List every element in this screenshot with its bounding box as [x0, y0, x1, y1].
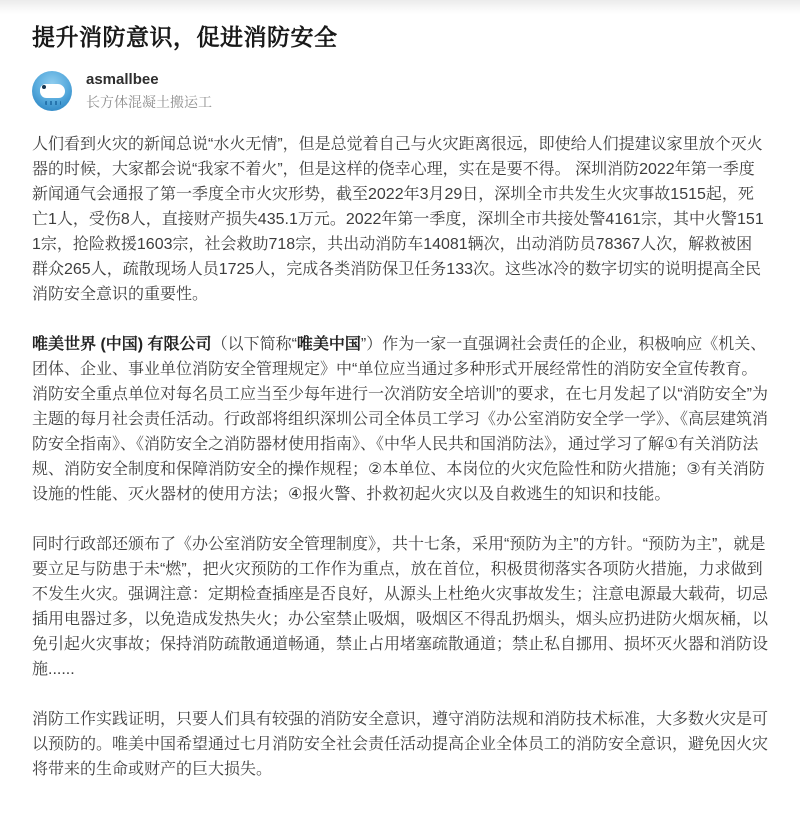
author-meta: asmallbee 长方体混凝土搬运工: [86, 70, 212, 112]
paragraph-bold-segment: 唯美世界 (中国) 有限公司: [32, 336, 212, 353]
author-avatar[interactable]: [32, 71, 72, 111]
top-fade-divider: [0, 0, 800, 14]
paragraph: 人们看到火灾的新闻总说“水火无情”，但是总觉着自己与火灾距离很远，即使给人们提建…: [32, 132, 768, 307]
paragraph-segment: 消防工作实践证明，只要人们具有较强的消防安全意识，遵守消防法规和消防技术标准，大…: [32, 711, 768, 778]
page-title: 提升消防意识，促进消防安全: [32, 22, 768, 52]
article-page: 提升消防意识，促进消防安全 asmallbee 长方体混凝土搬运工 人们看到火灾…: [0, 0, 800, 817]
paragraph-segment: ”）作为一家一直强调社会责任的企业，积极响应《机关、团体、企业、事业单位消防安全…: [32, 336, 768, 503]
avatar-eye-dot: [42, 85, 46, 89]
author-name-link[interactable]: asmallbee: [86, 70, 212, 90]
article-content: 提升消防意识，促进消防安全 asmallbee 长方体混凝土搬运工 人们看到火灾…: [0, 22, 800, 817]
article-body: 人们看到火灾的新闻总说“水火无情”，但是总觉着自己与火灾距离很远，即使给人们提建…: [32, 132, 768, 817]
avatar-bottom-marks: [45, 101, 61, 105]
author-bio: 长方体混凝土搬运工: [86, 92, 212, 112]
paragraph-segment: 人们看到火灾的新闻总说“水火无情”，但是总觉着自己与火灾距离很远，即使给人们提建…: [32, 136, 764, 303]
paragraph: 同时行政部还颁布了《办公室消防安全管理制度》，共十七条，采用“预防为主”的方针。…: [32, 532, 768, 682]
author-card: asmallbee 长方体混凝土搬运工: [32, 70, 768, 112]
paragraph-segment: 同时行政部还颁布了《办公室消防安全管理制度》，共十七条，采用“预防为主”的方针。…: [32, 536, 768, 678]
paragraph: 消防工作实践证明，只要人们具有较强的消防安全意识，遵守消防法规和消防技术标准，大…: [32, 707, 768, 782]
paragraph: 唯美世界 (中国) 有限公司（以下简称“唯美中国”）作为一家一直强调社会责任的企…: [32, 332, 768, 507]
paragraph-segment: （以下简称“: [212, 336, 297, 353]
paragraph-bold-segment: 唯美中国: [297, 336, 361, 353]
